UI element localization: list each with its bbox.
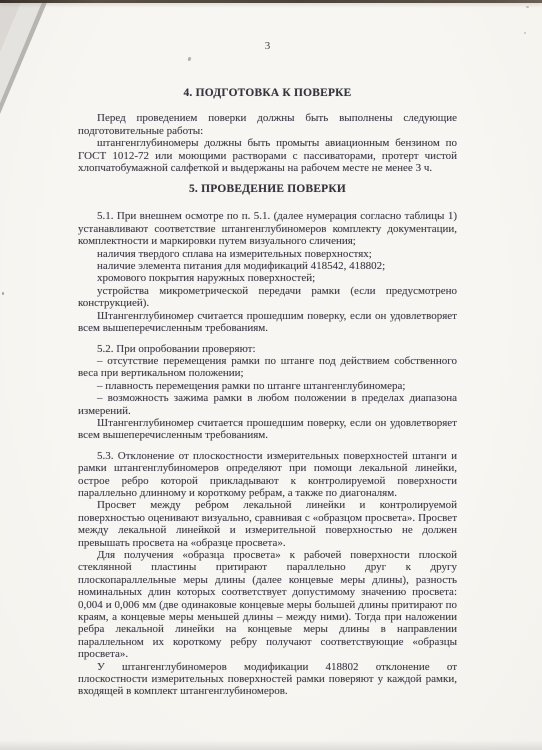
paragraph: устройства микрометрической передачи рам… bbox=[78, 285, 457, 310]
scan-top-edge-artifact bbox=[0, 0, 542, 3]
paragraph: 5.2. При опробовании проверяют: bbox=[78, 343, 457, 355]
paragraph: Штангенглубиномер считается прошедшим по… bbox=[78, 310, 457, 335]
list-item: – отсутствие перемещения рамки по штанге… bbox=[78, 355, 457, 380]
page-content: 3 4. ПОДГОТОВКА К ПОВЕРКЕ Перед проведен… bbox=[78, 0, 457, 698]
clause-5-3: 5.3. Отклонение от плоскостности измерит… bbox=[78, 450, 457, 698]
page-number: 3 bbox=[78, 40, 457, 52]
scan-corner-artifact bbox=[0, 0, 60, 120]
scan-speck bbox=[524, 32, 526, 34]
paragraph-preparation-works: штангенглубиномеры должны быть промыты а… bbox=[78, 137, 457, 174]
paragraph: наличие элемента питания для модификаций… bbox=[78, 260, 457, 272]
scan-speck bbox=[2, 292, 4, 295]
paragraph: У штангенглубиномеров модификации 418802… bbox=[78, 661, 457, 698]
section-heading-preparation: 4. ПОДГОТОВКА К ПОВЕРКЕ bbox=[78, 87, 457, 100]
paragraph-preparation-intro: Перед проведением поверки должны быть вы… bbox=[78, 112, 457, 137]
list-item: – плавность перемещения рамки по штанге … bbox=[78, 380, 457, 392]
paragraph: Для получения «образца просвета» к рабоч… bbox=[78, 549, 457, 661]
paragraph: Просвет между ребром лекальной линейки и… bbox=[78, 499, 457, 549]
paragraph: хромового покрытия наружных поверхностей… bbox=[78, 272, 457, 284]
scan-speck bbox=[526, 6, 529, 8]
paragraph: 5.1. При внешнем осмотре по п. 5.1. (дал… bbox=[78, 210, 457, 247]
section-heading-procedure: 5. ПРОВЕДЕНИЕ ПОВЕРКИ bbox=[78, 183, 457, 196]
paragraph: Штангенглубиномер считается прошедшим по… bbox=[78, 417, 457, 442]
list-item: – возможность зажима рамки в любом полож… bbox=[78, 392, 457, 417]
scanned-page: 3 4. ПОДГОТОВКА К ПОВЕРКЕ Перед проведен… bbox=[0, 0, 542, 750]
paragraph: наличия твердого сплава на измерительных… bbox=[78, 248, 457, 260]
paragraph: 5.3. Отклонение от плоскостности измерит… bbox=[78, 450, 457, 500]
clause-5-2: 5.2. При опробовании проверяют: – отсутс… bbox=[78, 343, 457, 442]
clause-5-1: 5.1. При внешнем осмотре по п. 5.1. (дал… bbox=[78, 210, 457, 334]
